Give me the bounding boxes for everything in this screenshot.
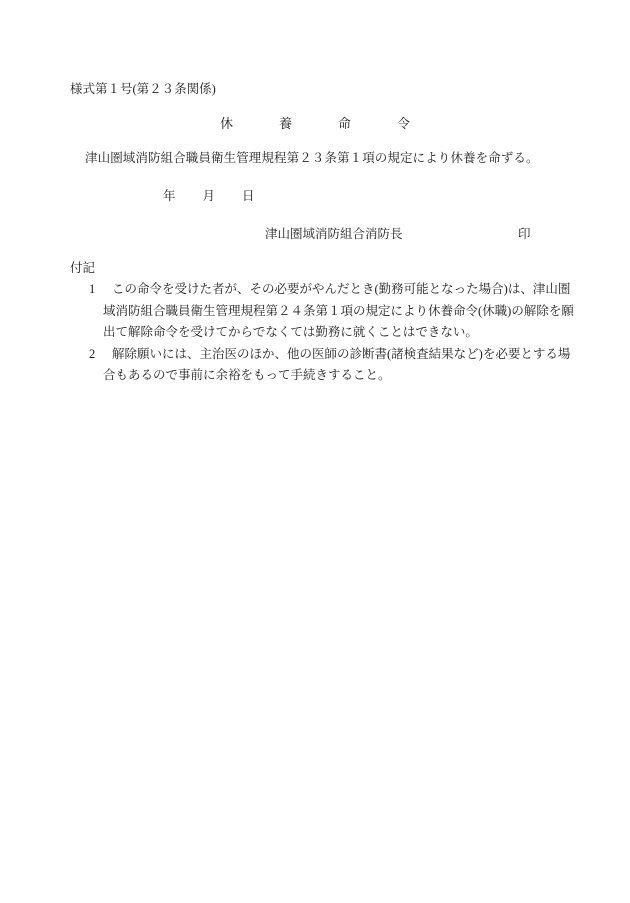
date-line: 年 月 日: [163, 190, 255, 203]
notes-heading: 付記: [70, 262, 95, 275]
title-char-2: 養: [279, 117, 292, 130]
note-2-line-2: 合もあるので事前に余裕をもって手続きすること。: [103, 369, 391, 382]
title-char-4: 令: [397, 117, 410, 130]
note-1-number: 1: [89, 283, 95, 296]
note-1-line-3: 出て解除命令を受けてからでなくては勤務に就くことはできない。: [103, 326, 478, 339]
note-2-number: 2: [89, 348, 95, 361]
note-1-line-1: この命令を受けた者が、その必要がやんだとき(勤務可能となった場合)は、津山圏: [112, 283, 570, 296]
title-char-3: 命: [338, 117, 351, 130]
document-title: 休 養 命 令: [0, 117, 630, 130]
seal-mark: 印: [518, 228, 531, 241]
form-number: 様式第１号(第２３条関係): [70, 83, 216, 96]
order-sentence: 津山圏域消防組合職員衛生管理規程第２３条第１項の規定により休養を命ずる。: [85, 152, 539, 165]
month-label: 月: [203, 190, 216, 203]
day-label: 日: [242, 190, 255, 203]
year-label: 年: [163, 190, 176, 203]
note-1-line-2: 域消防組合職員衛生管理規程第２４条第１項の規定により休養命令(休職)の解除を願: [103, 305, 574, 318]
signature-title: 津山圏域消防組合消防長: [265, 228, 403, 241]
document-page: 様式第１号(第２３条関係) 休 養 命 令 津山圏域消防組合職員衛生管理規程第２…: [0, 0, 630, 903]
note-2-line-1: 解除願いには、主治医のほか、他の医師の診断書(諸検査結果など)を必要とする場: [112, 348, 570, 361]
title-char-1: 休: [220, 117, 233, 130]
